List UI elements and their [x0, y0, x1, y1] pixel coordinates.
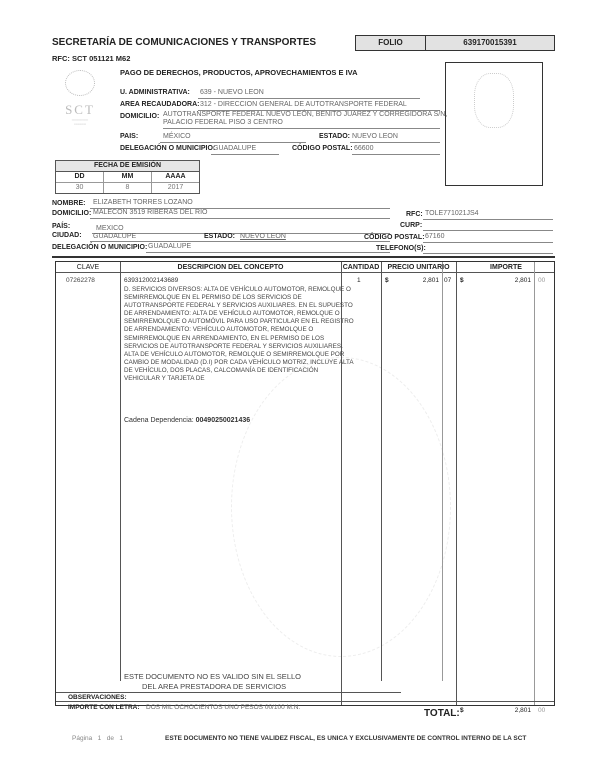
row-importe-int: 2,801: [486, 277, 531, 284]
estado-value: NUEVO LEON: [240, 233, 286, 240]
issuer-cp-value: 66600: [354, 145, 373, 152]
fecha-emision-title: FECHA DE EMISIÓN: [56, 161, 199, 172]
fecha-label-mm: MM: [103, 172, 151, 182]
cp-value: 67160: [425, 233, 444, 240]
rfc-label: RFC:: [406, 211, 423, 218]
nombre-label: NOMBRE:: [52, 200, 85, 207]
cadena-dependencia: Cadena Dependencia: 00490250021436: [124, 417, 250, 424]
issuer-delegacion-label: DELEGACIÓN O MUNICIPIO:: [120, 145, 215, 152]
issuer-estado-value: NUEVO LEON: [352, 133, 398, 140]
folio-box: FOLIO 639170015391: [355, 35, 555, 51]
total-label: TOTAL:: [424, 708, 460, 719]
agency-title: SECRETARÍA DE COMUNICACIONES Y TRANSPORT…: [52, 37, 316, 48]
letra-value: DOS MIL OCHOCIENTOS UNO PESOS 00/100 M.N…: [146, 704, 300, 711]
cadena-value: 00490250021436: [196, 417, 251, 424]
total-currency: $: [460, 707, 464, 714]
area-label: AREA RECAUDADORA:: [120, 101, 199, 108]
eagle-seal-icon: [65, 70, 95, 96]
page-label: Página: [72, 735, 92, 742]
page-current: 1: [98, 735, 102, 742]
sello-notice: ESTE DOCUMENTO NO ES VALIDO SIN EL SELLO…: [124, 672, 354, 692]
fecha-value-aaaa: 2017: [151, 183, 199, 193]
row-precio-currency: $: [385, 277, 389, 284]
u-admin-value: 639 - NUEVO LEON: [200, 89, 264, 96]
footer-disclaimer: ESTE DOCUMENTO NO TIENE VALIDEZ FISCAL, …: [165, 735, 526, 742]
pais-value: MEXICO: [96, 225, 124, 232]
seal-stamp-box: [445, 62, 543, 186]
th-precio-unitario: PRECIO UNITARIO: [381, 262, 456, 273]
observaciones-label: OBSERVACIONES:: [68, 694, 127, 701]
issuer-domicilio-label: DOMICILIO:: [120, 113, 159, 120]
issuer-estado-label: ESTADO:: [319, 133, 350, 140]
row-clave: 07262278: [66, 277, 95, 284]
row-importe-currency: $: [460, 277, 464, 284]
domicilio-label: DOMICILIO:: [52, 210, 91, 217]
telefono-label: TELEFONO(S):: [376, 245, 426, 252]
issuer-pais-value: MÉXICO: [163, 133, 191, 140]
letra-label: IMPORTE CON LETRA:: [68, 704, 140, 711]
domicilio-value: MALECON 3519 RIBERAS DEL RIO: [93, 209, 208, 216]
th-importe: IMPORTE: [456, 262, 556, 273]
sello-line1: ESTE DOCUMENTO NO ES VALIDO SIN EL SELLO: [124, 672, 354, 682]
issuer-domicilio-line2: PALACIO FEDERAL PISO 3 CENTRO: [163, 119, 283, 126]
cp-label: CÓDIGO POSTAL:: [364, 234, 425, 241]
page-total: 1: [119, 735, 123, 742]
issuer-cp-label: CÓDIGO POSTAL:: [292, 145, 353, 152]
page-of: de: [107, 735, 114, 742]
delegacion-label: DELEGACIÓN O MUNICIPIO:: [52, 244, 147, 251]
row-concept-code: 639312002143689: [124, 277, 178, 284]
u-admin-label: U. ADMINISTRATIVA:: [120, 89, 190, 96]
row-precio-cents: 07: [444, 277, 451, 284]
row-precio-int: 2,801: [401, 277, 439, 284]
th-clave: CLAVE: [56, 262, 120, 273]
ciudad-value: GUADALUPE: [93, 233, 136, 240]
seal-watermark-icon: [474, 73, 514, 128]
fecha-label-dd: DD: [56, 172, 103, 182]
agency-rfc: RFC: SCT 051121 M62: [52, 54, 130, 63]
sct-logo-text: SCT: [50, 102, 110, 118]
issuer-delegacion-value: GUADALUPE: [213, 145, 256, 152]
importe-letra-row: IMPORTE CON LETRA: DOS MIL OCHOCIENTOS U…: [56, 701, 554, 725]
folio-value: 639170015391: [426, 36, 554, 50]
issuer-domicilio-line1: AUTOTRANSPORTE FEDERAL NUEVO LEÓN, BENIT…: [163, 111, 447, 118]
total-cents: 00: [538, 707, 545, 714]
sello-line2: DEL AREA PRESTADORA DE SERVICIOS: [124, 682, 354, 692]
th-cantidad: CANTIDAD: [341, 262, 381, 273]
page-indicator: Página 1 de 1: [72, 735, 123, 742]
logo-subtext: ━━━━━━━━━▪▪▪▪▪▪▪▪▪▪▪: [50, 118, 110, 126]
curp-label: CURP:: [400, 222, 422, 229]
rfc-value: TOLE771021JS4: [425, 210, 479, 217]
ciudad-label: CIUDAD:: [52, 232, 82, 239]
nombre-value: ELIZABETH TORRES LOZANO: [93, 199, 193, 206]
document-subtitle: PAGO DE DERECHOS, PRODUCTOS, APROVECHAMI…: [120, 68, 358, 77]
row-description: D. SERVICIOS DIVERSOS: ALTA DE VEHÍCULO …: [124, 286, 354, 383]
delegacion-value: GUADALUPE: [148, 243, 191, 250]
issuer-pais-label: PAIS:: [120, 133, 138, 140]
estado-label: ESTADO:: [204, 233, 235, 240]
fecha-emision-box: FECHA DE EMISIÓN DD MM AAAA 30 8 2017: [55, 160, 200, 194]
cadena-label: Cadena Dependencia:: [124, 417, 194, 424]
fecha-value-dd: 30: [56, 183, 103, 193]
area-value: 312 - DIRECCION GENERAL DE AUTOTRANSPORT…: [200, 101, 407, 108]
total-int: 2,801: [486, 707, 531, 714]
items-table: CLAVE DESCRIPCION DEL CONCEPTO CANTIDAD …: [55, 261, 555, 706]
fecha-value-mm: 8: [103, 183, 151, 193]
pais-label: PAÍS:: [52, 223, 70, 230]
th-descripcion: DESCRIPCION DEL CONCEPTO: [120, 262, 341, 273]
sct-logo: SCT ━━━━━━━━━▪▪▪▪▪▪▪▪▪▪▪: [50, 70, 110, 140]
row-importe-cents: 00: [538, 277, 545, 284]
observaciones-row: OBSERVACIONES:: [56, 692, 401, 693]
row-cantidad: 1: [357, 277, 361, 284]
fecha-label-aaaa: AAAA: [151, 172, 199, 182]
folio-label: FOLIO: [356, 36, 426, 50]
